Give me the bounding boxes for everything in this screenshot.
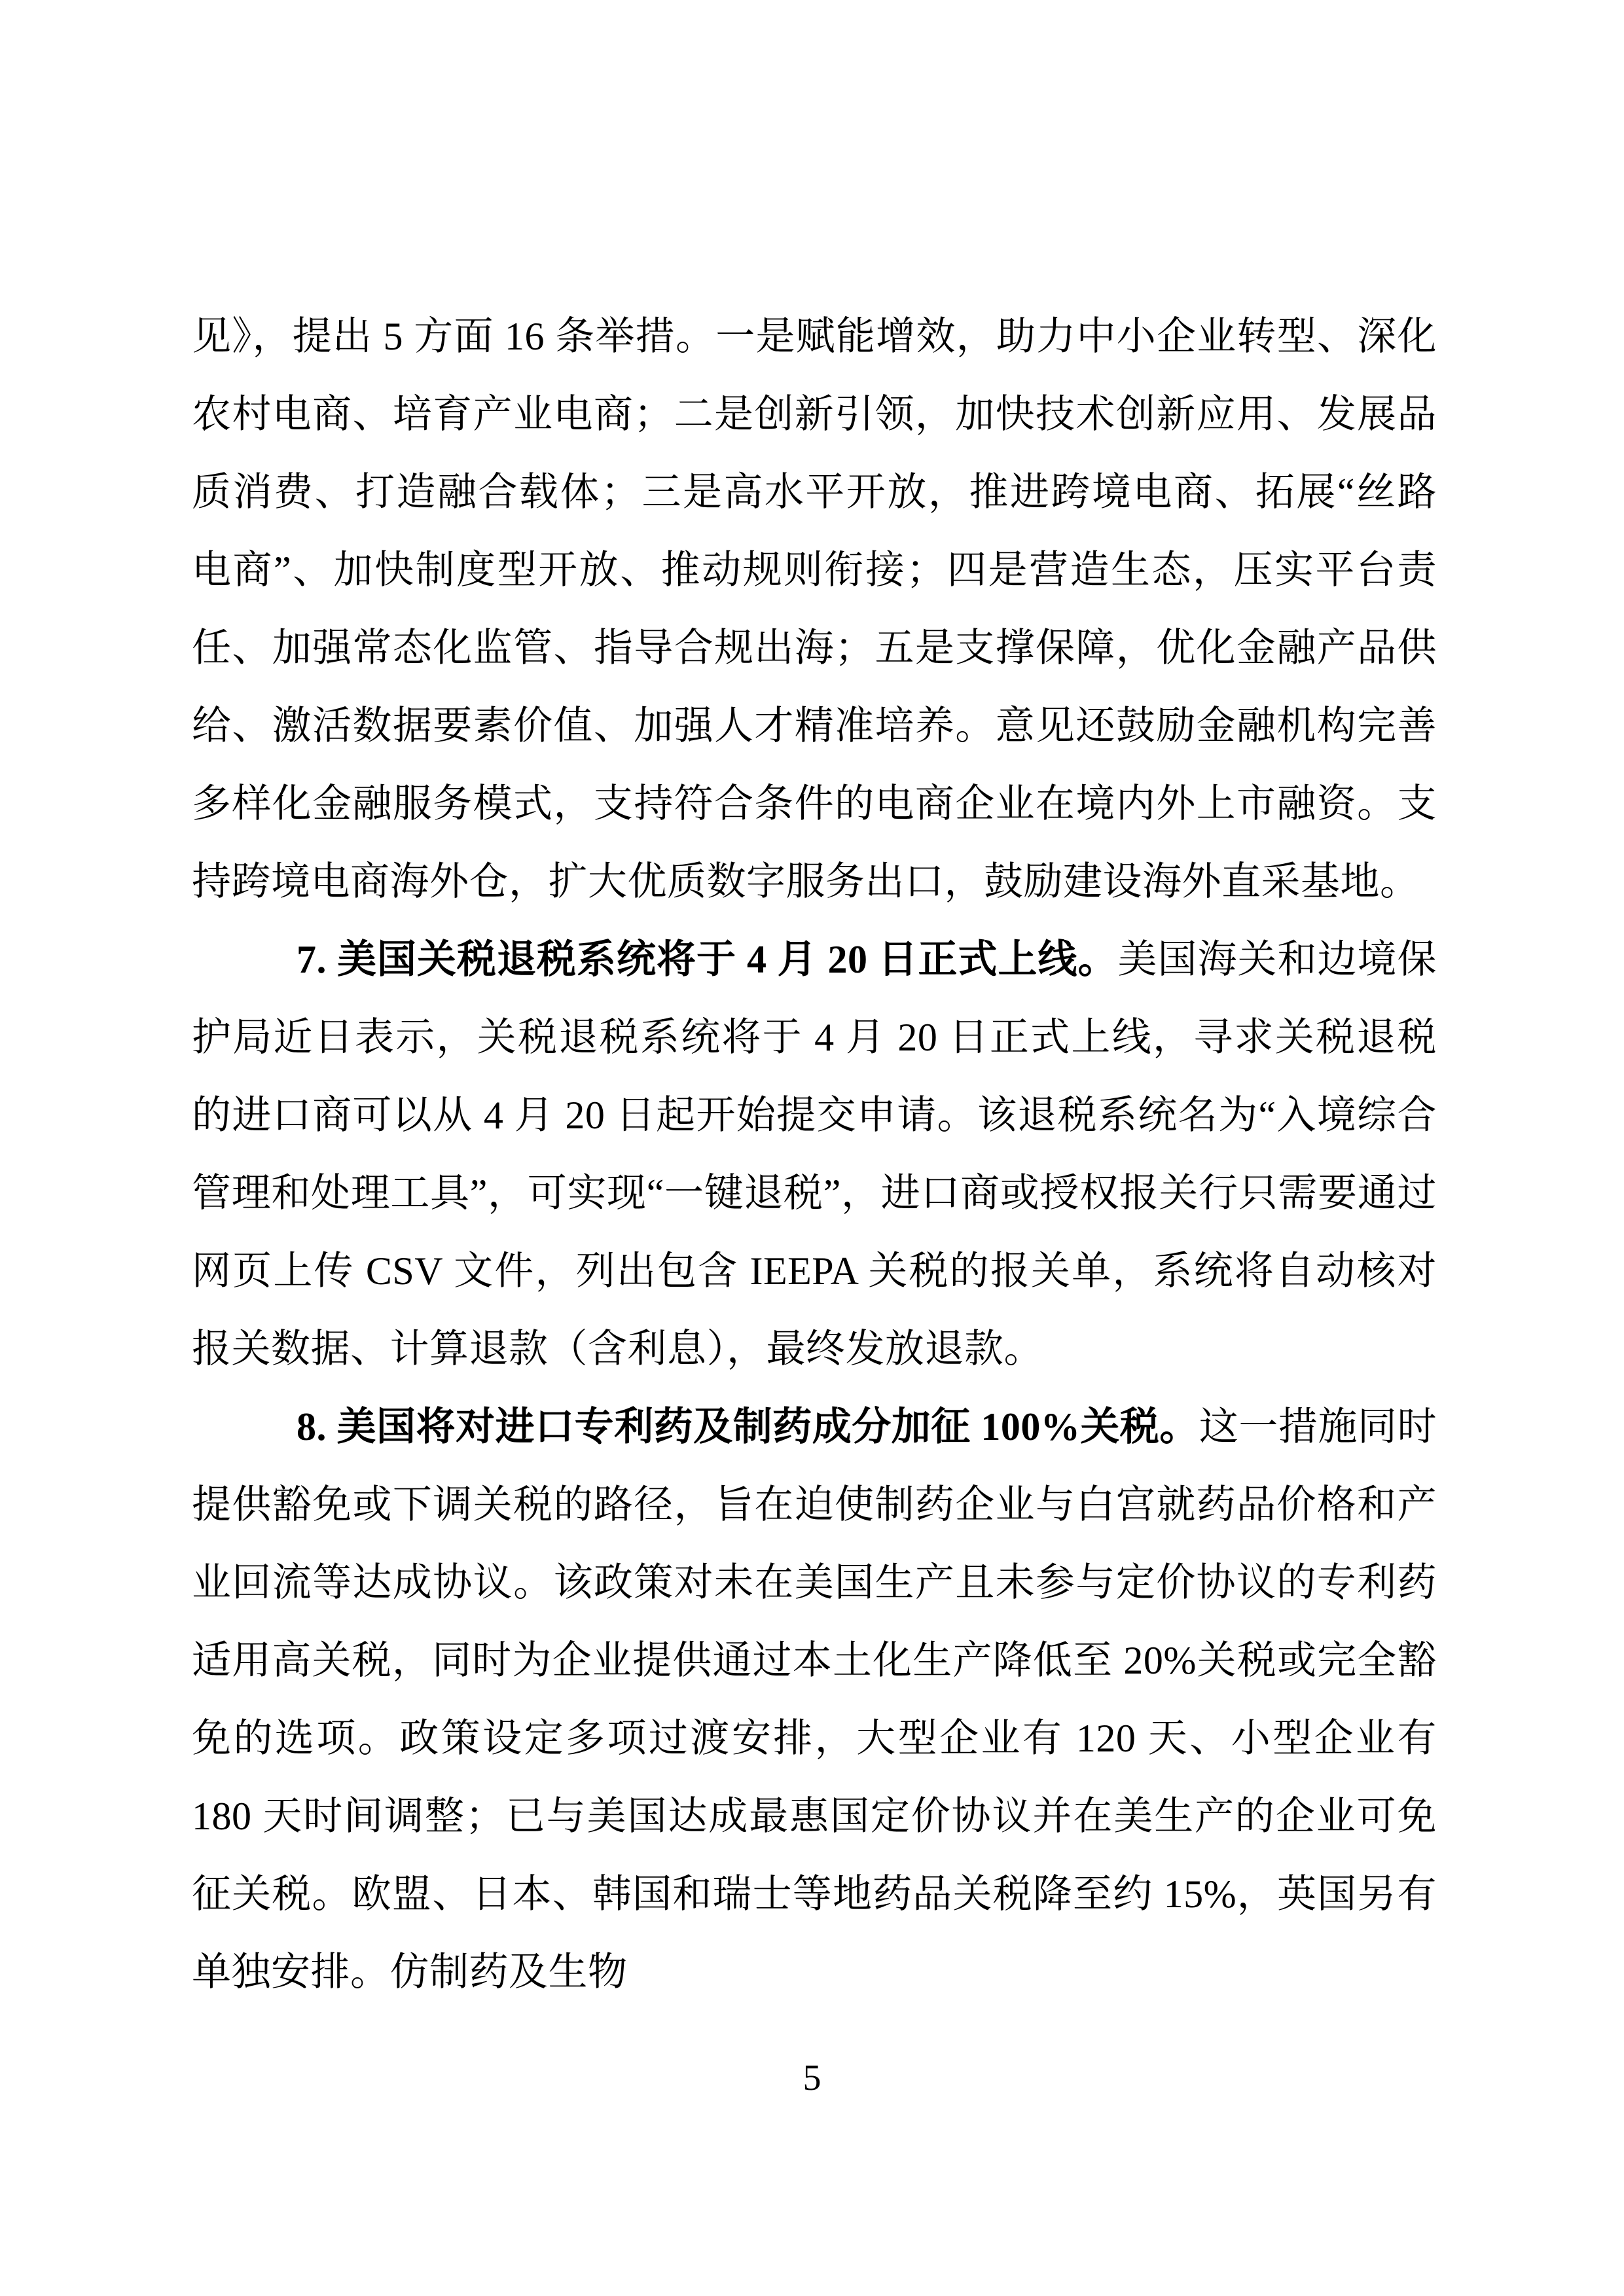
page-footer: 5 xyxy=(0,2055,1624,2101)
document-page: 见》，提出 5 方面 16 条举措。一是赋能增效，助力中小企业转型、深化农村电商… xyxy=(0,0,1624,2296)
text-run: 这一措施同时提供豁免或下调关税的路径，旨在迫使制药企业与白宫就药品价格和产业回流… xyxy=(192,1405,1437,1994)
text-run: 美国海关和边境保护局近日表示，关税退税系统将于 4 月 20 日正式上线，寻求关… xyxy=(192,938,1437,1371)
document-body: 见》，提出 5 方面 16 条举措。一是赋能增效，助力中小企业转型、深化农村电商… xyxy=(192,298,1437,2011)
text-run-bold: 8. 美国将对进口专利药及制药成分加征 100%关税。 xyxy=(297,1405,1199,1448)
page-number: 5 xyxy=(803,2058,821,2098)
paragraph: 见》，提出 5 方面 16 条举措。一是赋能增效，助力中小企业转型、深化农村电商… xyxy=(192,298,1437,921)
text-run: 见》，提出 5 方面 16 条举措。一是赋能增效，助力中小企业转型、深化农村电商… xyxy=(192,315,1437,903)
paragraph: 8. 美国将对进口专利药及制药成分加征 100%关税。这一措施同时提供豁免或下调… xyxy=(192,1388,1437,2011)
paragraph: 7. 美国关税退税系统将于 4 月 20 日正式上线。美国海关和边境保护局近日表… xyxy=(192,921,1437,1388)
text-run-bold: 7. 美国关税退税系统将于 4 月 20 日正式上线。 xyxy=(297,938,1118,981)
